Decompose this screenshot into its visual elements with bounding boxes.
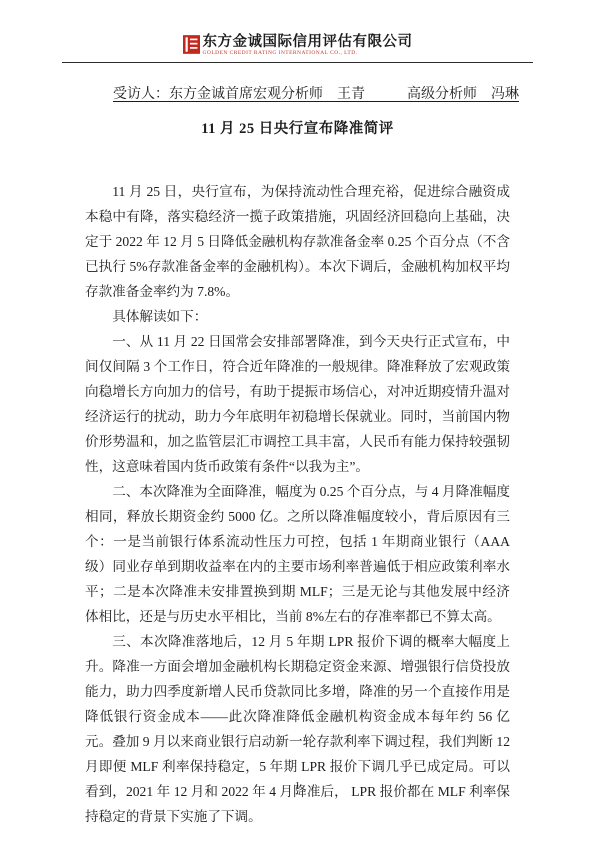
paragraph-intro: 11 月 25 日，央行宣布，为保持流动性合理充裕，促进综合融资成本稳中有降，落… bbox=[85, 179, 510, 304]
golden-credit-seal-icon bbox=[183, 35, 200, 59]
document-page: 东方金诚国际信用评估有限公司 GOLDEN CREDIT RATING INTE… bbox=[0, 0, 595, 842]
paragraph-lead-in: 具体解读如下： bbox=[85, 304, 510, 329]
paragraph-point-1: 一、从 11 月 22 日国常会安排部署降准，到今天央行正式宣布，中间仅间隔 3… bbox=[85, 329, 510, 479]
paragraph-point-2: 二、本次降准为全面降准，幅度为 0.25 个百分点，与 4 月降准幅度相同，释放… bbox=[85, 479, 510, 629]
company-name-cn: 东方金诚国际信用评估有限公司 bbox=[203, 34, 413, 50]
paragraph-point-3: 三、本次降准落地后，12 月 5 年期 LPR 报价下调的概率大幅度上升。降准一… bbox=[85, 629, 510, 829]
page-number: 1 bbox=[0, 780, 595, 792]
company-name-en: GOLDEN CREDIT RATING INTERNATIONAL Co., … bbox=[203, 50, 413, 57]
interviewee-row: 受访人：东方金诚首席宏观分析师 王青 高级分析师 冯琳 bbox=[85, 85, 510, 105]
interviewee-line: 受访人：东方金诚首席宏观分析师 王青 高级分析师 冯琳 bbox=[113, 85, 519, 105]
header-divider bbox=[62, 62, 533, 63]
company-name-block: 东方金诚国际信用评估有限公司 GOLDEN CREDIT RATING INTE… bbox=[203, 34, 413, 57]
document-body: 11 月 25 日，央行宣布，为保持流动性合理充裕，促进综合融资成本稳中有降，落… bbox=[85, 179, 510, 829]
company-logo: 东方金诚国际信用评估有限公司 GOLDEN CREDIT RATING INTE… bbox=[0, 0, 595, 59]
page-title: 11 月 25 日央行宣布降准简评 bbox=[0, 118, 595, 140]
